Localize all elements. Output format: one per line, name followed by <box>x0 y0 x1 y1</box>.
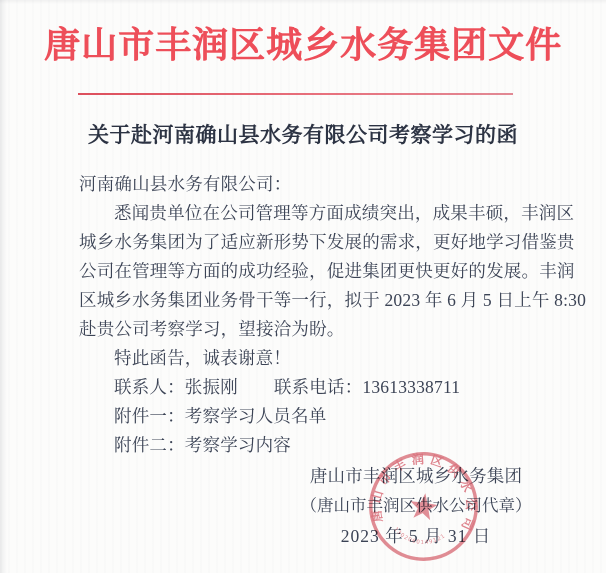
signature-org-note: （唐山市丰润区供水公司代章） <box>288 491 544 520</box>
contact-phone: 联系电话：13613338711 <box>274 373 460 402</box>
body-text-line: 赴贵公司考察学习，望接洽为盼。 <box>79 315 541 344</box>
body-text-line: 悉闻贵单位在公司管理等方面成绩突出，成果丰硕，丰润区 <box>79 199 541 228</box>
salutation: 河南确山县水务有限公司： <box>79 170 541 199</box>
contact-line: 联系人：张振刚 联系电话：13613338711 <box>79 373 541 402</box>
attachment-line: 附件一：考察学习人员名单 <box>79 402 541 431</box>
body-text-line: 特此函告，诚表谢意！ <box>79 344 541 373</box>
scan-edge-artifact <box>0 0 7 573</box>
signature-block: 唐山市丰润区城乡水务集团 （唐山市丰润区供水公司代章） 2023 年 5 月 3… <box>288 462 544 551</box>
letterhead-divider-rule <box>78 93 513 95</box>
body-text-line: 公司在管理等方面的成功经验，促进集团更快更好的发展。丰润 <box>79 257 541 286</box>
signature-date: 2023 年 5 月 31 日 <box>288 522 544 551</box>
body-paragraph: 悉闻贵单位在公司管理等方面成绩突出，成果丰硕，丰润区城乡水务集团为了适应新形势下… <box>79 199 541 373</box>
attachments-list: 附件一：考察学习人员名单附件二：考察学习内容 <box>79 402 541 460</box>
document-title: 关于赴河南确山县水务有限公司考察学习的函 <box>0 122 606 148</box>
body-text-line: 城乡水务集团为了适应新形势下发展的需求，更好地学习借鉴贵 <box>79 228 541 257</box>
body-text-line: 区城乡水务集团业务骨干等一行，拟于 2023 年 6 月 5 日上午 8:30 <box>79 286 541 315</box>
scan-edge-artifact <box>0 0 606 4</box>
letterhead-title: 唐山市丰润区城乡水务集团文件 <box>0 0 606 65</box>
attachment-line: 附件二：考察学习内容 <box>79 431 541 460</box>
scanned-official-letter: 唐山市丰润区城乡水务集团文件 关于赴河南确山县水务有限公司考察学习的函 河南确山… <box>0 0 606 573</box>
letter-body: 河南确山县水务有限公司： 悉闻贵单位在公司管理等方面成绩突出，成果丰硕，丰润区城… <box>0 170 541 460</box>
signature-org-name: 唐山市丰润区城乡水务集团 <box>288 462 544 491</box>
contact-person: 联系人：张振刚 <box>114 373 238 402</box>
